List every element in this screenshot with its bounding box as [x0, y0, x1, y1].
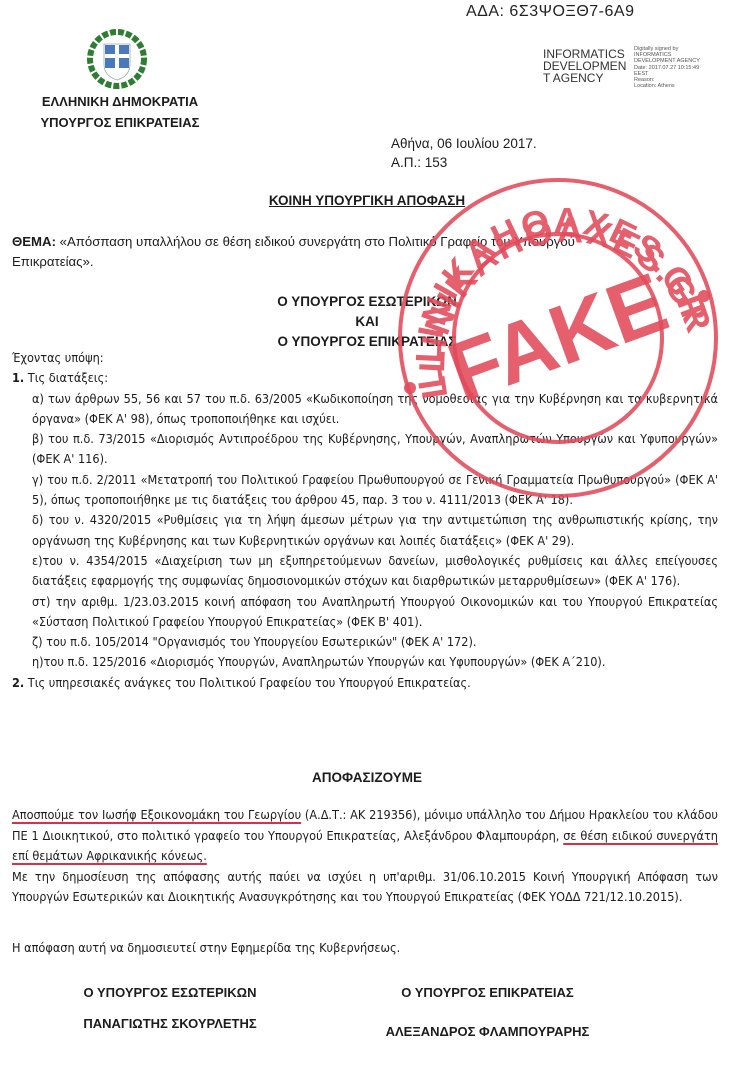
- minister-interior: Ο ΥΠΟΥΡΓΟΣ ΕΣΩΤΕΡΙΚΩΝ: [0, 292, 734, 312]
- signature-name-right: ΑΛΕΞΑΝΔΡΟΣ ΦΛΑΜΠΟΥΡΑΡΗΣ: [375, 1024, 600, 1039]
- signature-title-right: Ο ΥΠΟΥΡΓΟΣ ΕΠΙΚΡΑΤΕΙΑΣ: [390, 985, 585, 1000]
- decision-heading: ΑΠΟΦΑΣΙΖΟΥΜΕ: [0, 770, 734, 785]
- decision-paragraph: Αποσπούμε τον Ιωσήφ Εξοικονομάκη του Γεω…: [12, 805, 718, 867]
- provision-item: β) του π.δ. 73/2015 «Διορισμός Αντιπροέδ…: [12, 429, 718, 470]
- provision-item: α) των άρθρων 55, 56 και 57 του π.δ. 63/…: [12, 389, 718, 430]
- underlined-name: Αποσπούμε τον Ιωσήφ Εξοικονομάκη του Γεω…: [12, 807, 301, 822]
- considering-item-2: 2. Τις υπηρεσιακές ανάγκες του Πολιτικού…: [12, 673, 718, 693]
- date-block: Αθήνα, 06 Ιουλίου 2017. Α.Π.: 153: [391, 134, 537, 172]
- ada-code: ΑΔΑ: 6Σ3ΨΟΞΘ7-6Α9: [466, 3, 634, 21]
- document-title: ΚΟΙΝΗ ΥΠΟΥΡΓΙΚΗ ΑΠΟΦΑΣΗ: [0, 193, 734, 208]
- publication-clause: Η απόφαση αυτή να δημοσιευτεί στην Εφημε…: [12, 940, 400, 955]
- provision-item: ε)του ν. 4354/2015 «Διαχείριση των μη εξ…: [12, 551, 718, 592]
- considering-item-1: 1. Τις διατάξεις:: [12, 368, 718, 388]
- provision-item: ζ) του π.δ. 105/2014 "Οργανισμός του Υπο…: [12, 632, 718, 652]
- subject-label: ΘΕΜΑ:: [12, 234, 56, 249]
- signature-name-left: ΠΑΝΑΓΙΩΤΗΣ ΣΚΟΥΡΛΕΤΗΣ: [70, 1016, 270, 1031]
- decision-paragraph: Με την δημοσίευση της απόφασης αυτής παύ…: [12, 867, 718, 908]
- ministry-name: ΥΠΟΥΡΓΟΣ ΕΠΙΚΡΑΤΕΙΑΣ: [32, 115, 208, 130]
- org-name: ΕΛΛΗΝΙΚΗ ΔΗΜΟΚΡΑΤΙΑ: [32, 94, 208, 109]
- provision-item: στ) την αριθμ. 1/23.03.2015 κοινή απόφασ…: [12, 592, 718, 633]
- decision-body: Αποσπούμε τον Ιωσήφ Εξοικονομάκη του Γεω…: [12, 805, 718, 908]
- considering-section: Έχοντας υπόψη: 1. Τις διατάξεις: α) των …: [12, 348, 718, 693]
- document-date: Αθήνα, 06 Ιουλίου 2017.: [391, 134, 537, 153]
- considering-intro: Έχοντας υπόψη:: [12, 348, 718, 368]
- protocol-number: Α.Π.: 153: [391, 153, 537, 172]
- issuing-ministers: Ο ΥΠΟΥΡΓΟΣ ΕΣΩΤΕΡΙΚΩΝ ΚΑΙ Ο ΥΠΟΥΡΓΟΣ ΕΠΙ…: [0, 292, 734, 352]
- subject-text: «Απόσπαση υπαλλήλου σε θέση ειδικού συνε…: [12, 234, 575, 269]
- subject: ΘΕΜΑ: «Απόσπαση υπαλλήλου σε θέση ειδικο…: [12, 232, 612, 272]
- greek-coat-of-arms-icon: [86, 28, 148, 90]
- digital-signature-issuer: INFORMATICS DEVELOPMEN T AGENCY: [543, 48, 626, 84]
- provision-item: δ) του ν. 4320/2015 «Ρυθμίσεις για τη λή…: [12, 510, 718, 551]
- signature-title-left: Ο ΥΠΟΥΡΓΟΣ ΕΣΩΤΕΡΙΚΩΝ: [70, 985, 270, 1000]
- conjunction: ΚΑΙ: [0, 312, 734, 332]
- digital-signature-details: Digitally signed by INFORMATICS DEVELOPM…: [634, 46, 700, 89]
- provision-item: γ) του π.δ. 2/2011 «Μετατροπή του Πολιτι…: [12, 470, 718, 511]
- provision-item: η)του π.δ. 125/2016 «Διορισμός Υπουργών,…: [12, 652, 718, 672]
